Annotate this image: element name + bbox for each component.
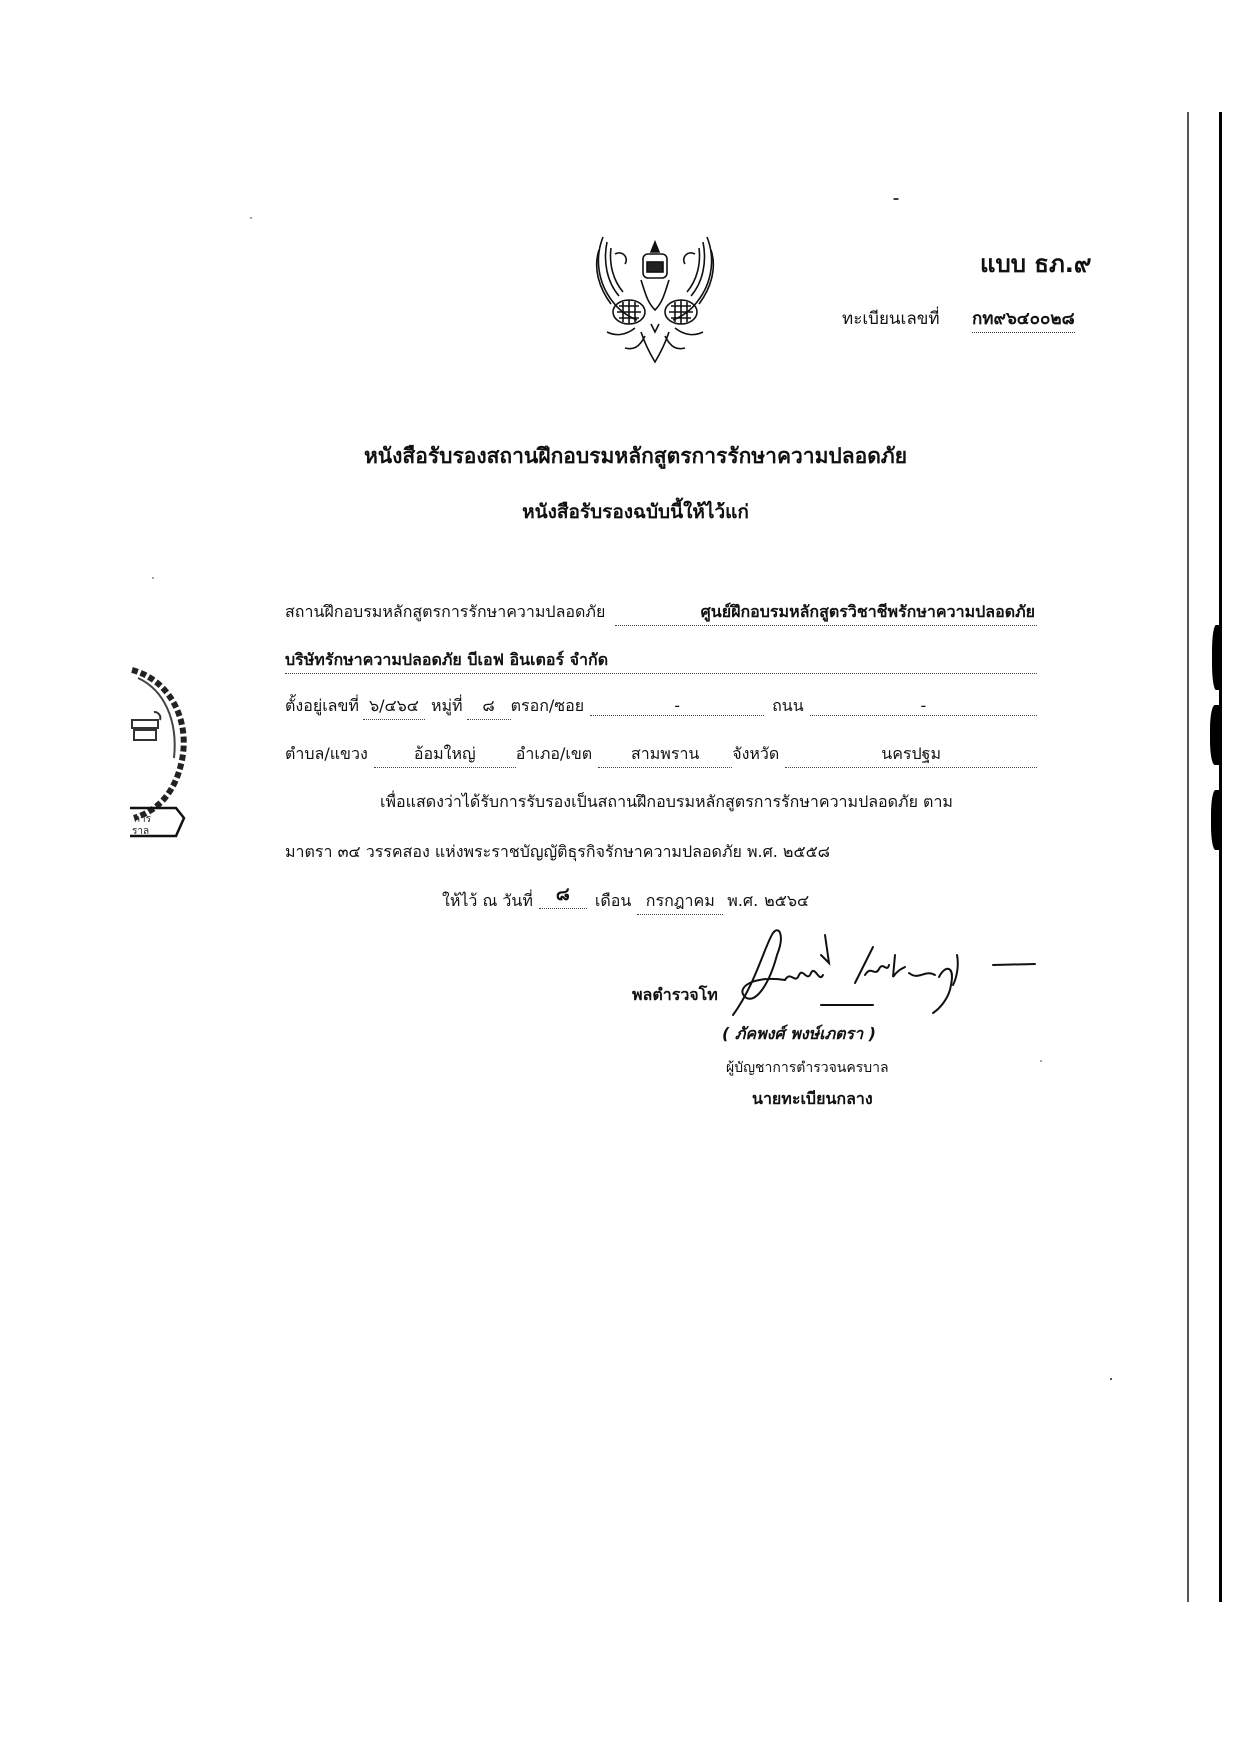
moo-label: หมู่ที่	[431, 694, 463, 719]
district-value: สามพราน	[598, 742, 732, 768]
moo-value: ๘	[467, 694, 511, 720]
signatory-name: ( ภัคพงศ์ พงษ์เภตรา )	[722, 1022, 876, 1047]
issued-prefix: ให้ไว้ ณ วันที่	[442, 889, 533, 914]
form-code: แบบ ธภ.๙	[980, 244, 1091, 283]
issued-month-label: เดือน	[595, 889, 631, 914]
address-no-value: ๖/๔๖๔	[363, 694, 425, 720]
subdistrict-label: ตำบล/แขวง	[285, 742, 368, 767]
garuda-emblem-icon	[585, 232, 725, 367]
document-title: หนังสือรับรองสถานฝึกอบรมหลักสูตรการรักษา…	[0, 440, 1241, 473]
district-label: อำเภอ/เขต	[516, 742, 592, 767]
province-label: จังหวัด	[732, 742, 779, 767]
institution-label: สถานฝึกอบรมหลักสูตรการรักษาความปลอดภัย	[285, 600, 605, 625]
issued-year-label: พ.ศ.	[727, 889, 758, 914]
scan-artifact	[1211, 790, 1222, 850]
scan-speck	[1110, 1378, 1112, 1380]
company-row: บริษัทรักษาความปลอดภัย บีเอฟ อินเตอร์ จำ…	[285, 648, 1037, 674]
road-label: ถนน	[772, 694, 804, 719]
body-line-1: เพื่อแสดงว่าได้รับการรับรองเป็นสถานฝึกอบ…	[380, 790, 953, 815]
signature-icon	[725, 925, 1045, 1025]
soi-label: ตรอก/ซอย	[511, 694, 585, 719]
svg-text:การ: การ	[134, 814, 152, 825]
address-row: ตั้งอยู่เลขที่ ๖/๔๖๔ หมู่ที่ ๘ ตรอก/ซอย …	[285, 694, 1037, 720]
issued-year: ๒๕๖๔	[764, 889, 809, 914]
issued-day: ๘	[539, 879, 587, 909]
scan-artifact	[1212, 625, 1222, 690]
issued-date-row: ให้ไว้ ณ วันที่ ๘ เดือน กรกฎาคม พ.ศ. ๒๕๖…	[442, 885, 862, 915]
scan-speck	[1040, 1060, 1042, 1062]
registration-label: ทะเบียนเลขที่	[842, 305, 940, 332]
scan-speck	[152, 577, 154, 579]
locality-row: ตำบล/แขวง อ้อมใหญ่ อำเภอ/เขต สามพราน จัง…	[285, 742, 1037, 768]
company-value: บริษัทรักษาความปลอดภัย บีเอฟ อินเตอร์ จำ…	[285, 648, 1037, 674]
subdistrict-value: อ้อมใหญ่	[374, 742, 516, 768]
registration-number: กท๙๖๔๐๐๒๘	[972, 305, 1075, 333]
document-subtitle: หนังสือรับรองฉบับนี้ให้ไว้แก่	[0, 497, 1241, 527]
institution-value: ศูนย์ฝึกอบรมหลักสูตรวิชาชีพรักษาความปลอด…	[615, 600, 1037, 626]
soi-value: -	[590, 696, 764, 716]
signatory-rank: พลตำรวจโท	[632, 983, 718, 1008]
scan-border-line	[1187, 112, 1189, 1602]
scan-speck	[893, 198, 899, 200]
road-value: -	[810, 696, 1037, 716]
scan-border-line	[1219, 112, 1222, 1602]
body-line-2: มาตรา ๓๔ วรรคสอง แห่งพระราชบัญญัติธุรกิจ…	[285, 840, 830, 865]
scan-speck	[250, 217, 252, 219]
partial-seal-icon: การ ราล	[130, 660, 206, 840]
svg-text:ราล: ราล	[132, 826, 149, 837]
scan-artifact	[1210, 705, 1222, 765]
signatory-position: ผู้บัญชาการตำรวจนครบาล	[726, 1057, 889, 1079]
signatory-office: นายทะเบียนกลาง	[752, 1087, 873, 1112]
address-no-label: ตั้งอยู่เลขที่	[285, 694, 359, 719]
province-value: นครปฐม	[785, 742, 1037, 768]
institution-row: สถานฝึกอบรมหลักสูตรการรักษาความปลอดภัย ศ…	[285, 600, 1037, 626]
issued-month: กรกฎาคม	[637, 889, 723, 915]
